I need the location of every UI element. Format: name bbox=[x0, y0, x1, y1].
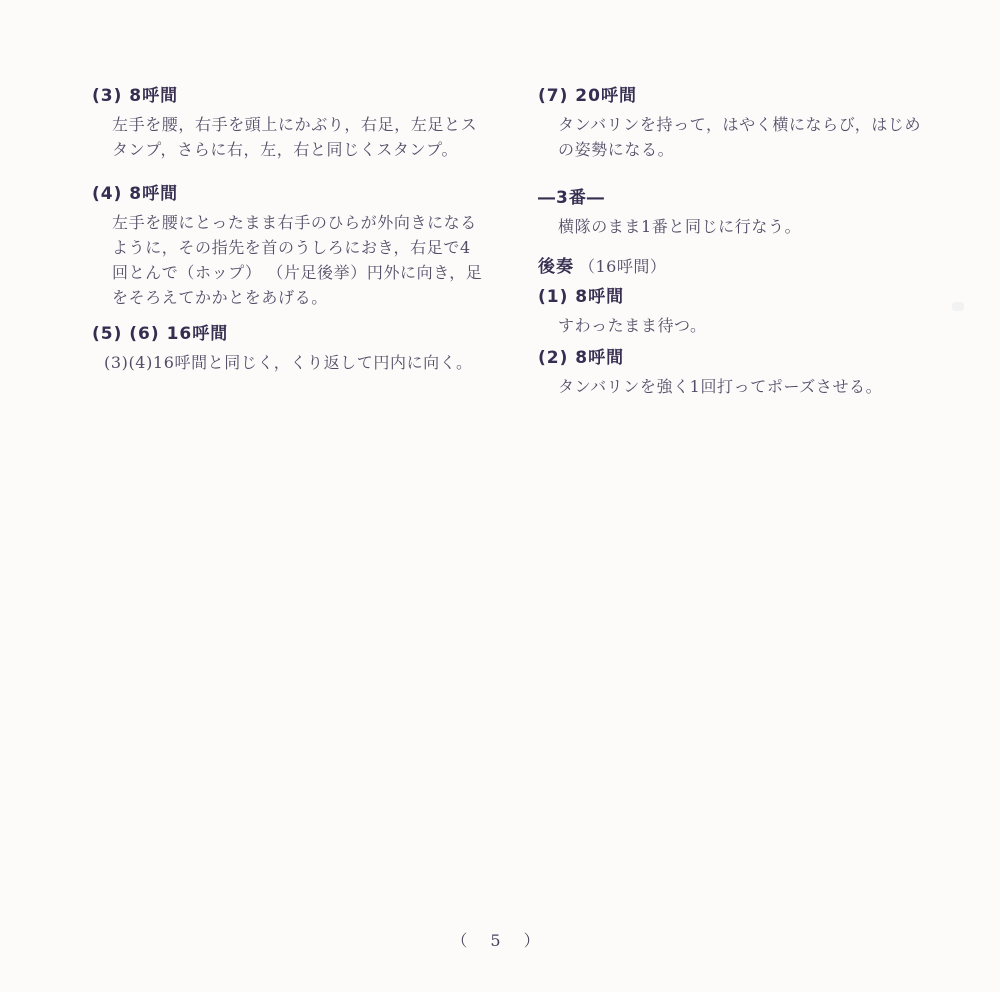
body-line: ように，その指先を首のうしろにおき，右足で4 bbox=[112, 235, 492, 260]
scan-smudge bbox=[952, 302, 964, 311]
instruction-section-5-6: (5) (6) 16呼間 (3)(4)16呼間と同じく，くり返して円内に向く。 bbox=[92, 322, 492, 375]
section-body: タンバリンを強く1回打ってポーズさせる。 bbox=[538, 374, 918, 399]
section-heading: (3) 8呼間 bbox=[92, 84, 492, 108]
page-number: （ 5 ） bbox=[0, 928, 1000, 951]
body-line: をそろえてかかとをあげる。 bbox=[112, 285, 492, 310]
body-line: すわったまま待つ。 bbox=[558, 313, 918, 338]
body-line: タンバリンを強く1回打ってポーズさせる。 bbox=[558, 374, 918, 399]
section-body: 左手を腰にとったまま右手のひらが外向きになる ように，その指先を首のうしろにおき… bbox=[92, 210, 492, 310]
part-3-section: ―3番― 横隊のまま1番と同じに行なう。 bbox=[538, 186, 918, 239]
body-line: 横隊のまま1番と同じに行なう。 bbox=[558, 214, 918, 239]
postlude-title: 後奏 bbox=[538, 257, 574, 277]
instruction-section-4: (4) 8呼間 左手を腰にとったまま右手のひらが外向きになる ように，その指先を… bbox=[92, 182, 492, 310]
body-line: 左手を腰，右手を頭上にかぶり，右足，左足とス bbox=[112, 112, 492, 137]
section-heading: (4) 8呼間 bbox=[92, 182, 492, 206]
section-body: すわったまま待つ。 bbox=[538, 313, 918, 338]
section-heading: 後奏（16呼間） bbox=[538, 255, 918, 279]
body-line: の姿勢になる。 bbox=[558, 137, 918, 162]
body-line: 回とんで（ホップ） （片足後挙）円外に向き，足 bbox=[112, 260, 492, 285]
body-line: (3)(4)16呼間と同じく，くり返して円内に向く。 bbox=[104, 350, 492, 375]
body-line: タンプ，さらに右，左，右と同じくスタンプ。 bbox=[112, 137, 492, 162]
section-heading: (5) (6) 16呼間 bbox=[92, 322, 492, 346]
postlude-section: 後奏（16呼間） bbox=[538, 255, 918, 279]
instruction-section-3: (3) 8呼間 左手を腰，右手を頭上にかぶり，右足，左足とス タンプ，さらに右，… bbox=[92, 84, 492, 162]
postlude-count-note: （16呼間） bbox=[579, 257, 666, 276]
right-column: (7) 20呼間 タンバリンを持って，はやく横にならび，はじめ の姿勢になる。 … bbox=[538, 84, 918, 399]
section-heading: ―3番― bbox=[538, 186, 918, 210]
section-heading: (2) 8呼間 bbox=[538, 346, 918, 370]
body-line: タンバリンを持って，はやく横にならび，はじめ bbox=[558, 112, 918, 137]
section-heading: (1) 8呼間 bbox=[538, 285, 918, 309]
section-body: タンバリンを持って，はやく横にならび，はじめ の姿勢になる。 bbox=[538, 112, 918, 162]
body-line: 左手を腰にとったまま右手のひらが外向きになる bbox=[112, 210, 492, 235]
section-body: 左手を腰，右手を頭上にかぶり，右足，左足とス タンプ，さらに右，左，右と同じくス… bbox=[92, 112, 492, 162]
instruction-section-7: (7) 20呼間 タンバリンを持って，はやく横にならび，はじめ の姿勢になる。 bbox=[538, 84, 918, 162]
left-column: (3) 8呼間 左手を腰，右手を頭上にかぶり，右足，左足とス タンプ，さらに右，… bbox=[92, 84, 492, 375]
section-heading: (7) 20呼間 bbox=[538, 84, 918, 108]
instruction-section-1: (1) 8呼間 すわったまま待つ。 bbox=[538, 285, 918, 338]
instruction-section-2: (2) 8呼間 タンバリンを強く1回打ってポーズさせる。 bbox=[538, 346, 918, 399]
document-page: (3) 8呼間 左手を腰，右手を頭上にかぶり，右足，左足とス タンプ，さらに右，… bbox=[0, 0, 1000, 992]
section-body: (3)(4)16呼間と同じく，くり返して円内に向く。 bbox=[92, 350, 492, 375]
section-body: 横隊のまま1番と同じに行なう。 bbox=[538, 214, 918, 239]
